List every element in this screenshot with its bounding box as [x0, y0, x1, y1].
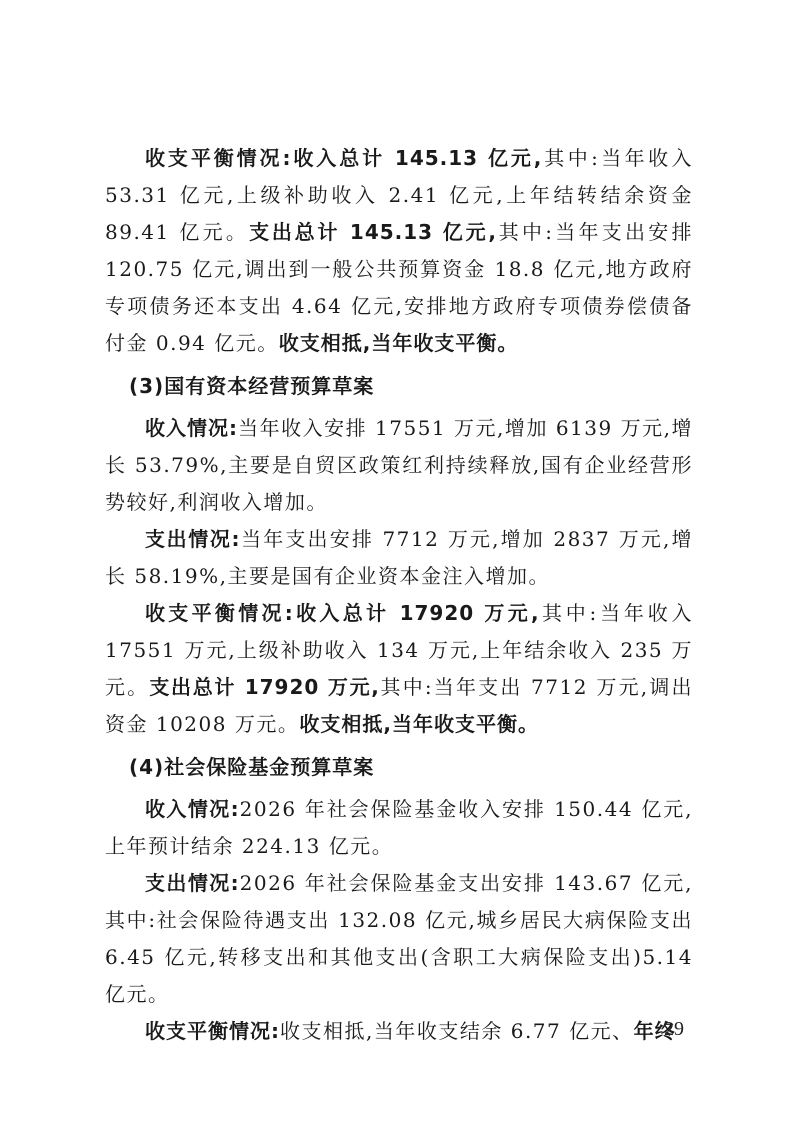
conclusion: 收支相抵,当年收支平衡。 [299, 712, 539, 736]
expense-total: 支出总计 17920 万元, [149, 675, 380, 699]
balance-text: 收支相抵,当年收支结余 6.77 亿元、 [280, 1019, 634, 1043]
paragraph-social-insurance-income: 收入情况:2026 年社会保险基金收入安排 150.44 亿元,上年预计结余 2… [105, 791, 693, 865]
paragraph-state-capital-expense: 支出情况:当年支出安排 7712 万元,增加 2837 万元,增长 58.19%… [105, 521, 693, 595]
paragraph-social-insurance-expense: 支出情况:2026 年社会保险基金支出安排 143.67 亿元,其中:社会保险待… [105, 865, 693, 1013]
income-total: 收入总计 17920 万元, [294, 601, 540, 625]
section-heading-state-capital: (3)国有资本经营预算草案 [105, 366, 693, 406]
paragraph-state-capital-balance: 收支平衡情况:收入总计 17920 万元,其中:当年收入 17551 万元,上级… [105, 595, 693, 743]
paragraph-general-fund-balance: 收支平衡情况:收入总计 145.13 亿元,其中:当年收入 53.31 亿元,上… [105, 140, 693, 362]
label-expense: 支出情况: [145, 871, 240, 895]
paragraph-state-capital-income: 收入情况:当年收入安排 17551 万元,增加 6139 万元,增长 53.79… [105, 410, 693, 521]
paragraph-social-insurance-balance: 收支平衡情况:收支相抵,当年收支结余 6.77 亿元、年终 [105, 1013, 693, 1050]
expense-total: 支出总计 145.13 亿元, [249, 220, 497, 244]
conclusion: 收支相抵,当年收支平衡。 [279, 331, 519, 355]
label-balance: 收支平衡情况: [145, 601, 294, 625]
label-income: 收入情况: [145, 797, 240, 821]
label-balance: 收支平衡情况: [145, 146, 291, 170]
document-page: 收支平衡情况:收入总计 145.13 亿元,其中:当年收入 53.31 亿元,上… [105, 140, 693, 1050]
page-number: 29 [664, 1018, 684, 1041]
income-total: 收入总计 145.13 亿元, [291, 146, 542, 170]
section-heading-social-insurance: (4)社会保险基金预算草案 [105, 747, 693, 787]
label-balance: 收支平衡情况: [145, 1019, 280, 1043]
label-income: 收入情况: [145, 416, 238, 440]
label-expense: 支出情况: [145, 527, 241, 551]
